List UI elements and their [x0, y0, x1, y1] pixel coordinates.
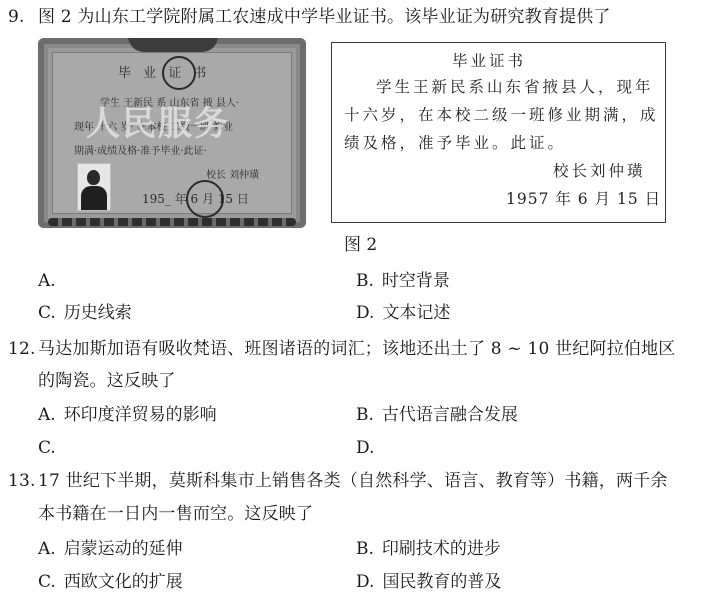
- question-text: 马达加斯加语有吸收梵语、班图诸语的词汇；该地还出土了 8 ~ 10 世纪阿拉伯地…: [38, 339, 676, 359]
- question-9-stem: 9.图 2 为山东工学院附属工农速成中学毕业证书。该毕业证为研究教育提供了: [8, 6, 611, 28]
- option-label: D.: [356, 437, 374, 459]
- option-label: A.: [38, 404, 56, 426]
- q13-option-a[interactable]: A.启蒙运动的延伸: [38, 538, 183, 560]
- seal-stamp-icon: [162, 56, 196, 90]
- option-label: B.: [356, 538, 374, 560]
- transcription-signature: 校长刘仲璜: [553, 161, 646, 181]
- option-text: 历史线索: [64, 303, 132, 323]
- ornament-decoration: [48, 218, 296, 226]
- option-label: C.: [38, 437, 56, 459]
- question-12-stem: 12.马达加斯加语有吸收梵语、班图诸语的词汇；该地还出土了 8 ~ 10 世纪阿…: [8, 338, 676, 360]
- portrait-body: [81, 186, 107, 210]
- q9-option-a[interactable]: A.: [38, 270, 64, 292]
- q12-option-c[interactable]: C.: [38, 437, 64, 459]
- ornament-decoration: [128, 38, 218, 52]
- option-label: A.: [38, 270, 56, 292]
- certificate-date: 195_ 年 6 月 15 日: [142, 190, 249, 207]
- certificate-signature: 校长 刘仲璜: [206, 166, 259, 181]
- q12-option-b[interactable]: B.古代语言融合发展: [356, 404, 518, 426]
- question-number: 12.: [8, 338, 38, 360]
- transcription-line-1: 学生王新民系山东省掖县人，现年: [376, 77, 654, 97]
- question-13-stem-continued: 本书籍在一日内一售而空。这反映了: [38, 503, 313, 525]
- option-label: C.: [38, 302, 56, 324]
- transcription-line-3: 绩及格，准予毕业。此证。: [344, 133, 566, 153]
- certificate-transcription-box: 毕业证书 学生王新民系山东省掖县人，现年 十六岁，在本校二级一班修业期满，成 绩…: [331, 42, 666, 223]
- transcription-title: 毕业证书: [452, 51, 526, 71]
- option-text: 古代语言融合发展: [382, 405, 518, 425]
- option-label: A.: [38, 538, 56, 560]
- question-number: 13.: [8, 470, 38, 492]
- q13-option-b[interactable]: B.印刷技术的进步: [356, 538, 501, 560]
- certificate-photo: 毕 业 证 书 学生 王新民 系 山东省 掖 县人· 现年 十六 岁· 在本校 …: [38, 38, 306, 228]
- option-label: B.: [356, 404, 374, 426]
- q9-option-c[interactable]: C.历史线索: [38, 302, 132, 324]
- option-label: B.: [356, 270, 374, 292]
- certificate-watermark: 人民服务: [86, 96, 230, 145]
- option-text: 启蒙运动的延伸: [64, 539, 183, 559]
- portrait-head: [87, 170, 100, 185]
- q13-option-d[interactable]: D.国民教育的普及: [356, 571, 501, 593]
- option-text: 国民教育的普及: [382, 572, 501, 592]
- option-text: 印刷技术的进步: [382, 539, 501, 559]
- option-text: 文本记述: [382, 303, 450, 323]
- option-text: 西欧文化的扩展: [64, 572, 183, 592]
- portrait-photo: [77, 163, 111, 211]
- question-13-stem: 13.17 世纪下半期，莫斯科集市上销售各类（自然科学、语言、教育等）书籍，两千…: [8, 470, 668, 492]
- option-label: D.: [356, 302, 374, 324]
- option-text: 时空背景: [382, 271, 450, 291]
- transcription-line-2: 十六岁，在本校二级一班修业期满，成: [344, 105, 659, 125]
- transcription-date: 1957 年 6 月 15 日: [506, 189, 661, 209]
- q9-option-b[interactable]: B.时空背景: [356, 270, 450, 292]
- option-label: C.: [38, 571, 56, 593]
- q9-option-d[interactable]: D.文本记述: [356, 302, 450, 324]
- figure-caption: 图 2: [344, 234, 377, 256]
- q12-option-a[interactable]: A.环印度洋贸易的影响: [38, 404, 217, 426]
- question-number: 9.: [8, 6, 38, 28]
- question-12-stem-continued: 的陶瓷。这反映了: [38, 370, 176, 392]
- question-text: 17 世纪下半期，莫斯科集市上销售各类（自然科学、语言、教育等）书籍，两千余: [38, 471, 668, 491]
- option-text: 环印度洋贸易的影响: [64, 405, 217, 425]
- option-label: D.: [356, 571, 374, 593]
- question-text: 图 2 为山东工学院附属工农速成中学毕业证书。该毕业证为研究教育提供了: [38, 7, 611, 27]
- q12-option-d[interactable]: D.: [356, 437, 382, 459]
- q13-option-c[interactable]: C.西欧文化的扩展: [38, 571, 183, 593]
